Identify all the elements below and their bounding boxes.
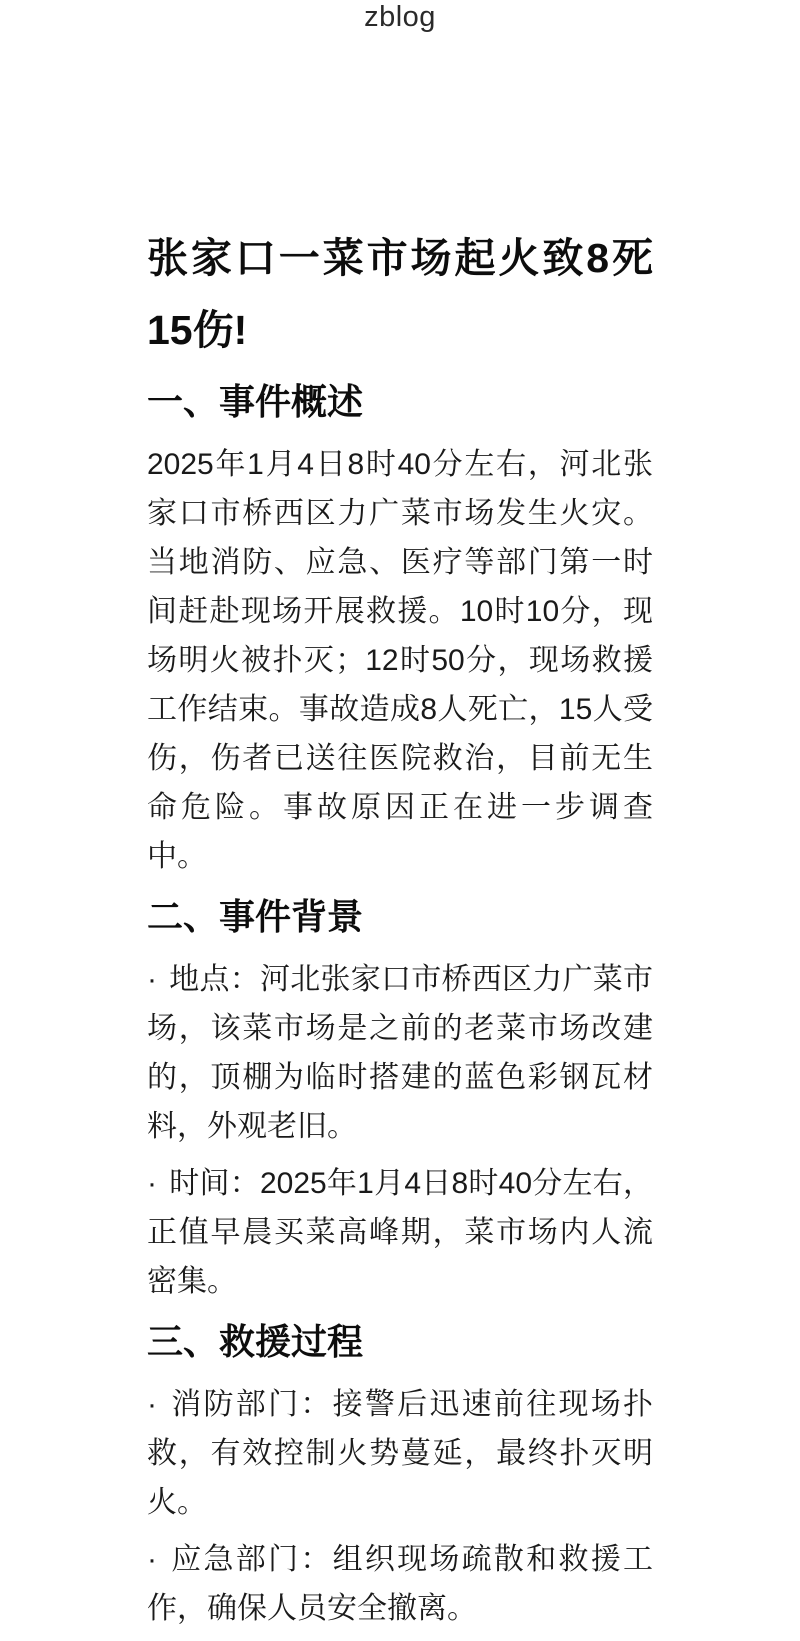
bullet-icon: · <box>147 1388 157 1421</box>
bullet-icon: · <box>147 1167 157 1200</box>
article-content: 张家口一菜市场起火致8死15伤! 一、事件概述 2025年1月4日8时40分左右… <box>147 222 653 1633</box>
site-title-link[interactable]: zblog <box>364 1 436 34</box>
list-item-location: ·地点：河北张家口市桥西区力广菜市场，该菜市场是之前的老菜市场改建的，顶棚为临时… <box>147 955 653 1151</box>
overview-paragraph: 2025年1月4日8时40分左右，河北张家口市桥西区力广菜市场发生火灾。当地消防… <box>147 440 653 881</box>
list-item-emergency-dept: ·应急部门：组织现场疏散和救援工作，确保人员安全撤离。 <box>147 1535 653 1633</box>
bullet-icon: · <box>147 1543 157 1576</box>
section-overview: 一、事件概述 2025年1月4日8时40分左右，河北张家口市桥西区力广菜市场发生… <box>147 377 653 881</box>
section-rescue: 三、救援过程 ·消防部门：接警后迅速前往现场扑救，有效控制火势蔓延，最终扑灭明火… <box>147 1317 653 1633</box>
list-item-text: 消防部门：接警后迅速前往现场扑救，有效控制火势蔓延，最终扑灭明火。 <box>147 1388 653 1519</box>
section-heading-overview: 一、事件概述 <box>147 377 653 427</box>
list-item-time: ·时间：2025年1月4日8时40分左右，正值早晨买菜高峰期，菜市场内人流密集。 <box>147 1159 653 1306</box>
list-item-text: 地点：河北张家口市桥西区力广菜市场，该菜市场是之前的老菜市场改建的，顶棚为临时搭… <box>147 963 653 1143</box>
list-item-text: 时间：2025年1月4日8时40分左右，正值早晨买菜高峰期，菜市场内人流密集。 <box>147 1167 653 1298</box>
article-title: 张家口一菜市场起火致8死15伤! <box>147 222 653 366</box>
list-item-text: 应急部门：组织现场疏散和救援工作，确保人员安全撤离。 <box>147 1543 653 1625</box>
section-background: 二、事件背景 ·地点：河北张家口市桥西区力广菜市场，该菜市场是之前的老菜市场改建… <box>147 892 653 1306</box>
list-item-fire-dept: ·消防部门：接警后迅速前往现场扑救，有效控制火势蔓延，最终扑灭明火。 <box>147 1380 653 1527</box>
site-header: zblog <box>0 0 800 34</box>
section-heading-background: 二、事件背景 <box>147 892 653 942</box>
section-heading-rescue: 三、救援过程 <box>147 1317 653 1367</box>
bullet-icon: · <box>147 963 157 996</box>
